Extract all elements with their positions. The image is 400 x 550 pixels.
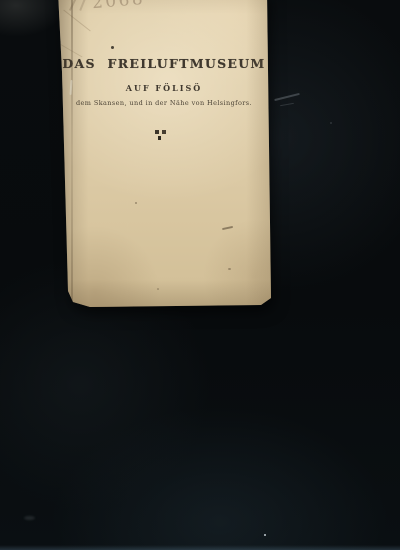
- background-smudge: [24, 516, 35, 520]
- title-block: DAS FREILUFTMUSEUM AUF FÖLISÖ dem Skanse…: [56, 58, 272, 106]
- printer-ornament-icon: [155, 130, 167, 141]
- book-cover: 2068 DAS FREILUFTMUSEUM AUF FÖLISÖ dem S…: [56, 0, 272, 308]
- background-speck: [330, 122, 332, 124]
- photo-background: 2068 DAS FREILUFTMUSEUM AUF FÖLISÖ dem S…: [0, 0, 400, 550]
- cover-fold-line: [63, 10, 90, 32]
- ornament-dot: [155, 130, 159, 134]
- pencil-mark: [79, 0, 86, 11]
- cover-subline: dem Skansen, und in der Nähe von Helsing…: [56, 100, 272, 107]
- cover-scratch: [222, 226, 233, 230]
- cover-speck: [135, 202, 137, 204]
- background-speck: [264, 534, 266, 536]
- spine-crease: [71, 0, 73, 308]
- photo-bottom-edge: [0, 545, 400, 550]
- cover-subtitle: AUF FÖLISÖ: [56, 84, 272, 92]
- cover-title: DAS FREILUFTMUSEUM: [56, 58, 272, 71]
- ornament-dot: [158, 136, 161, 140]
- book-cover-shadow-wrap: 2068 DAS FREILUFTMUSEUM AUF FÖLISÖ dem S…: [0, 0, 400, 550]
- cover-speck: [228, 268, 231, 270]
- cover-speck: [157, 288, 159, 290]
- accession-number: 2068: [91, 0, 146, 12]
- ink-spot: [111, 46, 114, 49]
- ornament-dot: [162, 130, 166, 134]
